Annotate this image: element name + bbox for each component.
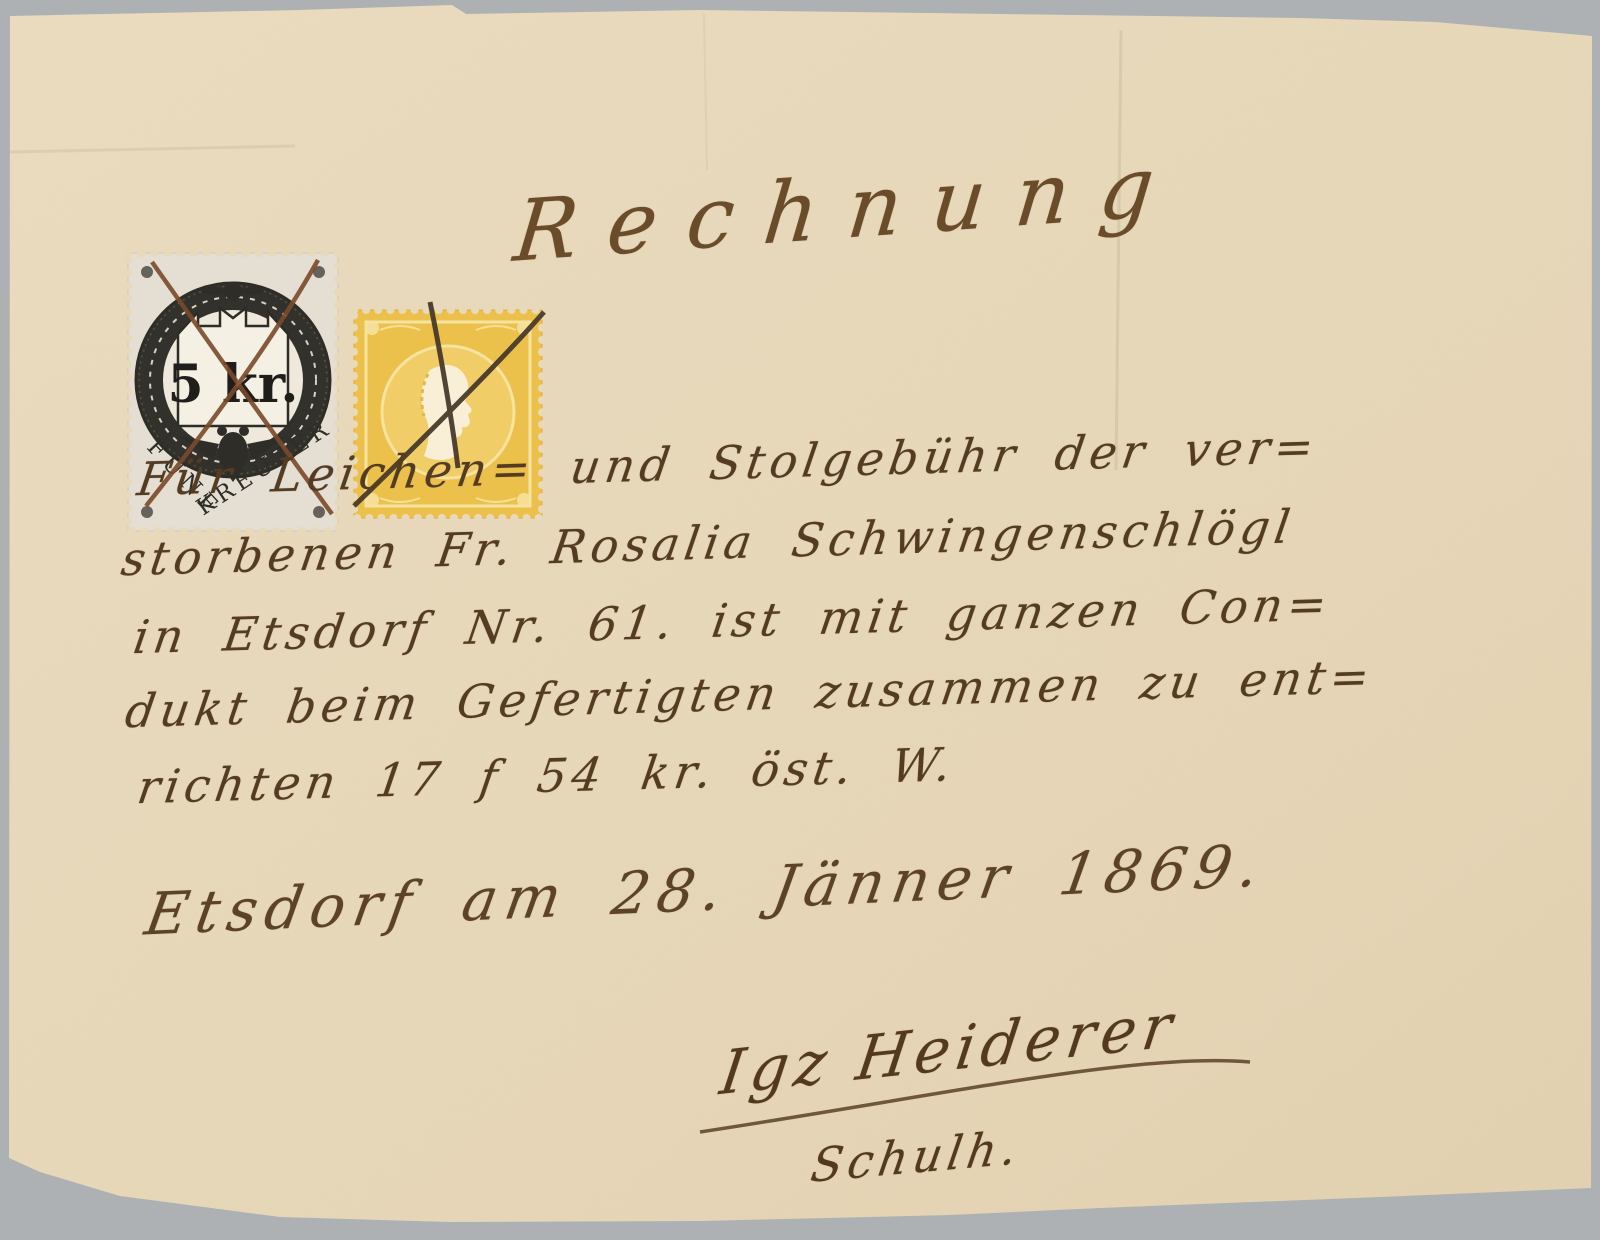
scanned-document: 5 kr. FÜNF KREUZER xyxy=(0,0,1600,1240)
revenue-denomination: 5 kr. xyxy=(167,354,298,415)
